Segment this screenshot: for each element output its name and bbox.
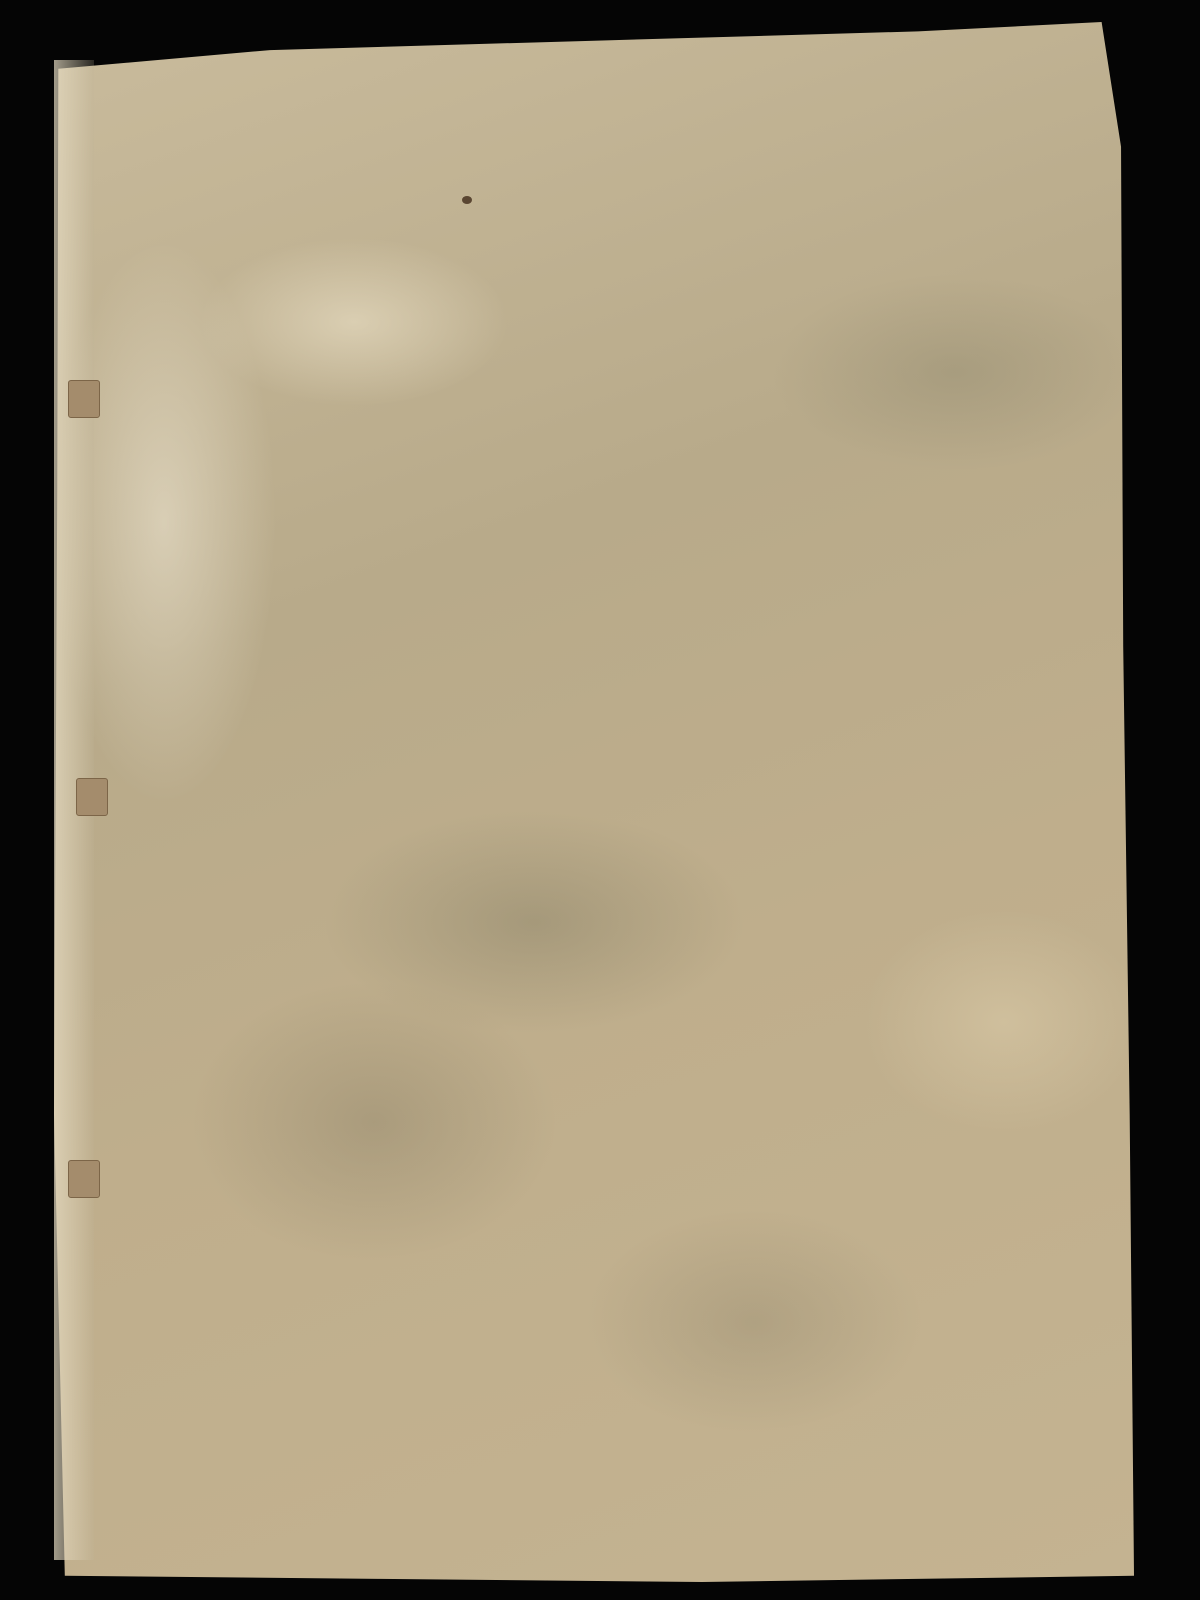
book-cover xyxy=(54,22,1134,1582)
spine-tie-top xyxy=(68,380,100,418)
dark-spot xyxy=(462,196,472,204)
spine-tie-bottom xyxy=(68,1160,100,1198)
spine-tie-middle xyxy=(76,778,108,816)
